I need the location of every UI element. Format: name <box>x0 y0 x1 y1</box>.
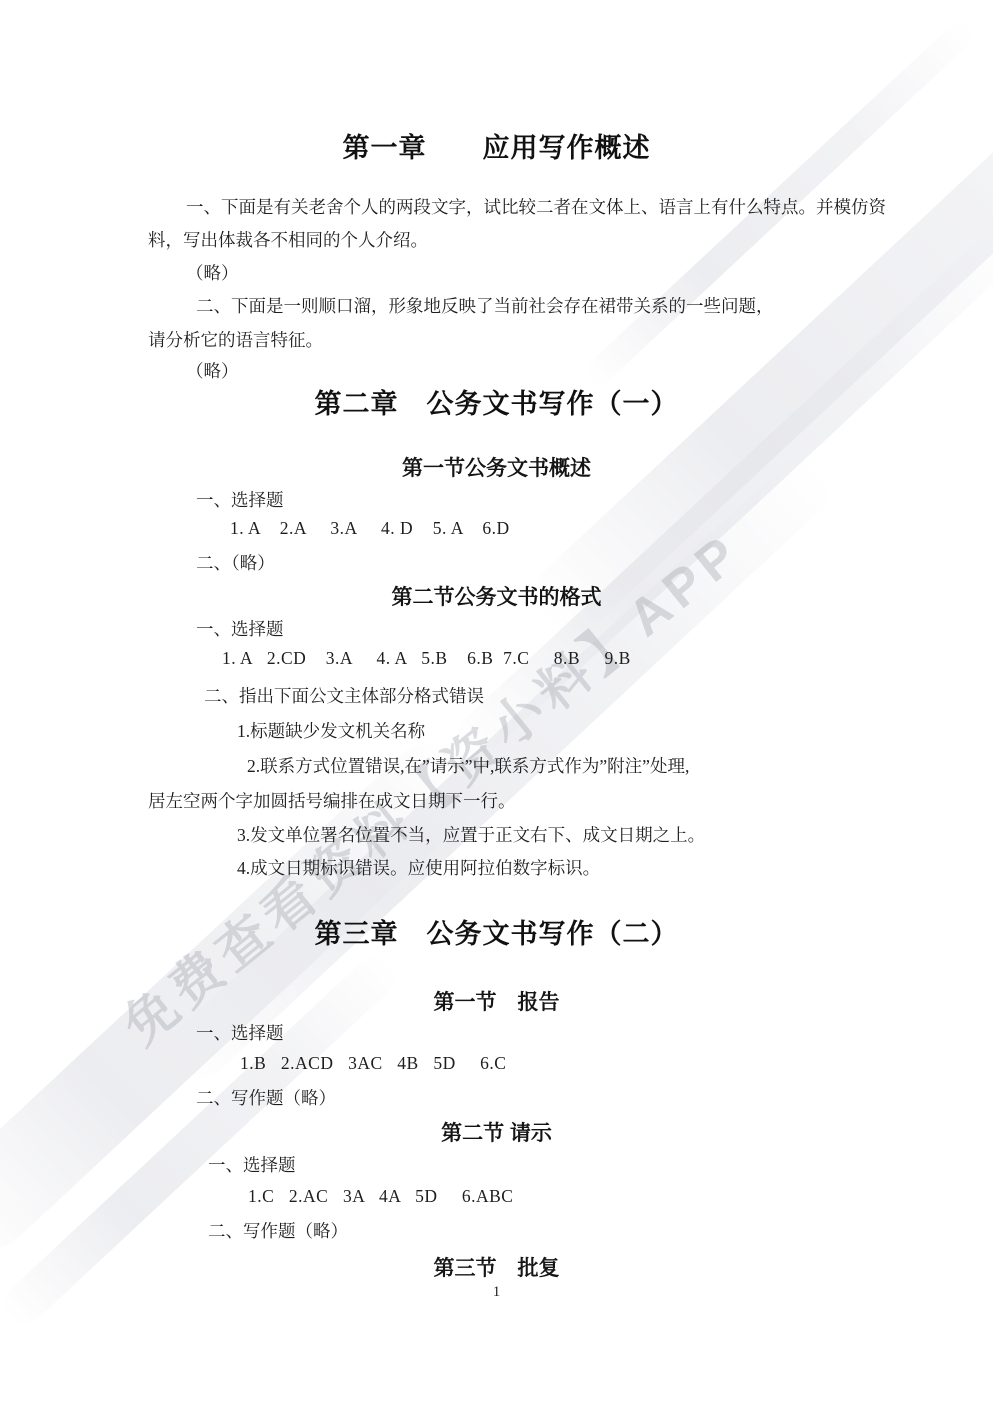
chapter3-section2-item2: 二、写作题（略） <box>208 1218 348 1243</box>
chapter2-section2-answers: 1. A 2.CD 3.A 4. A 5.B 6.B 7.C 8.B 9.B <box>222 648 631 669</box>
chapter3-section1-item2: 二、写作题（略） <box>196 1085 336 1110</box>
chapter3-section3-title: 第三节 批复 <box>0 1252 993 1282</box>
chapter2-section2-point4: 4.成文日期标识错误。应使用阿拉伯数字标识。 <box>237 855 600 880</box>
chapter3-section1-title: 第一节 报告 <box>0 986 993 1016</box>
chapter2-title: 第二章 公务文书写作（一） <box>0 382 993 421</box>
chapter2-section2-point2-line1: 2.联系方式位置错误,在”请示”中,联系方式作为”附注”处理, <box>247 753 689 778</box>
chapter1-question2-line2: 请分析它的语言特征。 <box>148 327 323 352</box>
scan-streak <box>520 7 993 648</box>
chapter1-question1-line1: 一、下面是有关老舍个人的两段文字，试比较二者在文体上、语言上有什么特点。并模仿资 <box>186 194 886 219</box>
chapter2-section2-item1: 一、选择题 <box>196 616 284 641</box>
chapter3-section2-title: 第二节 请示 <box>0 1117 993 1147</box>
chapter1-title: 第一章 应用写作概述 <box>0 126 993 165</box>
chapter2-section1-item2: 二、（略） <box>196 550 275 575</box>
chapter2-section1-answers: 1. A 2.A 3.A 4. D 5. A 6.D <box>230 518 510 539</box>
chapter3-section1-answers: 1.B 2.ACD 3AC 4B 5D 6.C <box>240 1053 506 1074</box>
chapter1-omitted2: （略） <box>186 358 239 383</box>
chapter3-section2-item1: 一、选择题 <box>208 1152 296 1177</box>
chapter1-omitted1: （略） <box>186 260 239 285</box>
chapter3-section1-item1: 一、选择题 <box>196 1020 284 1045</box>
chapter2-section2-point1: 1.标题缺少发文机关名称 <box>237 718 425 743</box>
chapter2-section2-point2-line2: 居左空两个字加圆括号编排在成文日期下一行。 <box>148 788 516 813</box>
chapter1-question2-line1: 二、下面是一则顺口溜，形象地反映了当前社会存在裙带关系的一些问题， <box>196 293 774 318</box>
chapter2-section1-title: 第一节公务文书概述 <box>0 452 993 482</box>
chapter2-section2-item2: 二、指出下面公文主体部分格式错误 <box>204 683 484 708</box>
chapter3-section2-answers: 1.C 2.AC 3A 4A 5D 6.ABC <box>248 1186 513 1207</box>
chapter2-section2-point3: 3.发文单位署名位置不当，应置于正文右下、成文日期之上。 <box>237 822 705 847</box>
page-number: 1 <box>0 1284 993 1301</box>
document-page: 免费查看资料【资小料】APP 第一章 应用写作概述 一、下面是有关老舍个人的两段… <box>0 0 993 1404</box>
chapter3-title: 第三章 公务文书写作（二） <box>0 912 993 951</box>
chapter1-question1-line2: 料，写出体裁各不相同的个人介绍。 <box>148 227 428 252</box>
chapter2-section2-title: 第二节公务文书的格式 <box>0 581 993 611</box>
chapter2-section1-item1: 一、选择题 <box>196 487 284 512</box>
